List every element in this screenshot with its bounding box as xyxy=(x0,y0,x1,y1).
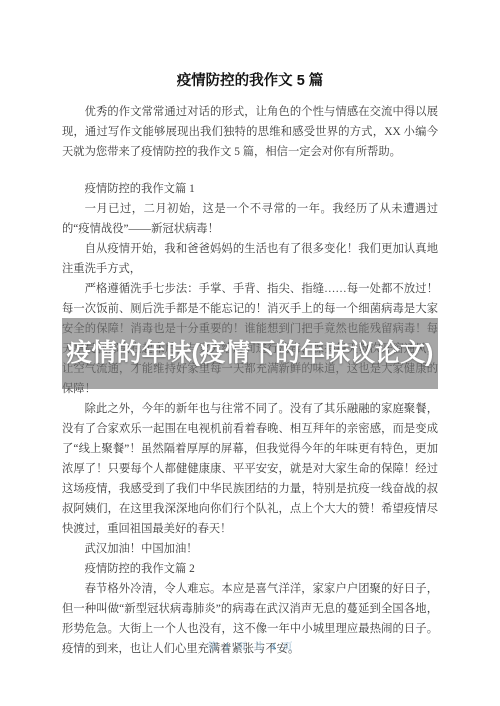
paragraph: 除此之外，今年的新年也与往常不同了。没有了其乐融融的家庭聚餐，没有了合家欢乐一起… xyxy=(62,399,438,539)
document-page: 疫情防控的我作文 5 篇 优秀的作文常常通过对话的形式，让角色的个性与情感在交流… xyxy=(0,0,500,706)
paragraph: 一月已过，二月初始，这是一个不寻常的一年。我经历了从未遭遇过的“疫情战役”——新… xyxy=(62,199,438,239)
section-heading-1: 疫情防控的我作文篇 1 xyxy=(62,179,438,199)
pagination-total-label: 共 xyxy=(254,642,264,653)
document-body: 疫情防控的我作文 5 篇 优秀的作文常常通过对话的形式，让角色的个性与情感在交流… xyxy=(0,0,500,659)
pagination: 第1页共4页 xyxy=(0,641,500,654)
pagination-current-page: 1 xyxy=(225,642,230,653)
paragraph: 武汉加油！中国加油！ xyxy=(62,539,438,559)
pagination-page-label-2: 页 xyxy=(283,642,293,653)
paragraph: 严格遵循洗手七步法：手掌、手背、指尖、指缝……每一处都不放过！每一次饭前、厕后洗… xyxy=(62,279,438,399)
pagination-page-label: 页 xyxy=(237,642,247,653)
intro-paragraph: 优秀的作文常常通过对话的形式，让角色的个性与情感在交流中得以展现，通过写作文能够… xyxy=(62,102,438,162)
section-heading-2: 疫情防控的我作文篇 2 xyxy=(62,559,438,579)
document-title: 疫情防控的我作文 5 篇 xyxy=(62,73,438,90)
pagination-total-pages: 4 xyxy=(271,642,276,653)
pagination-prefix: 第 xyxy=(208,642,218,653)
paragraph: 自从疫情开始，我和爸爸妈妈的生活也有了很多变化！我们更加认真地注重洗手方式， xyxy=(62,239,438,279)
